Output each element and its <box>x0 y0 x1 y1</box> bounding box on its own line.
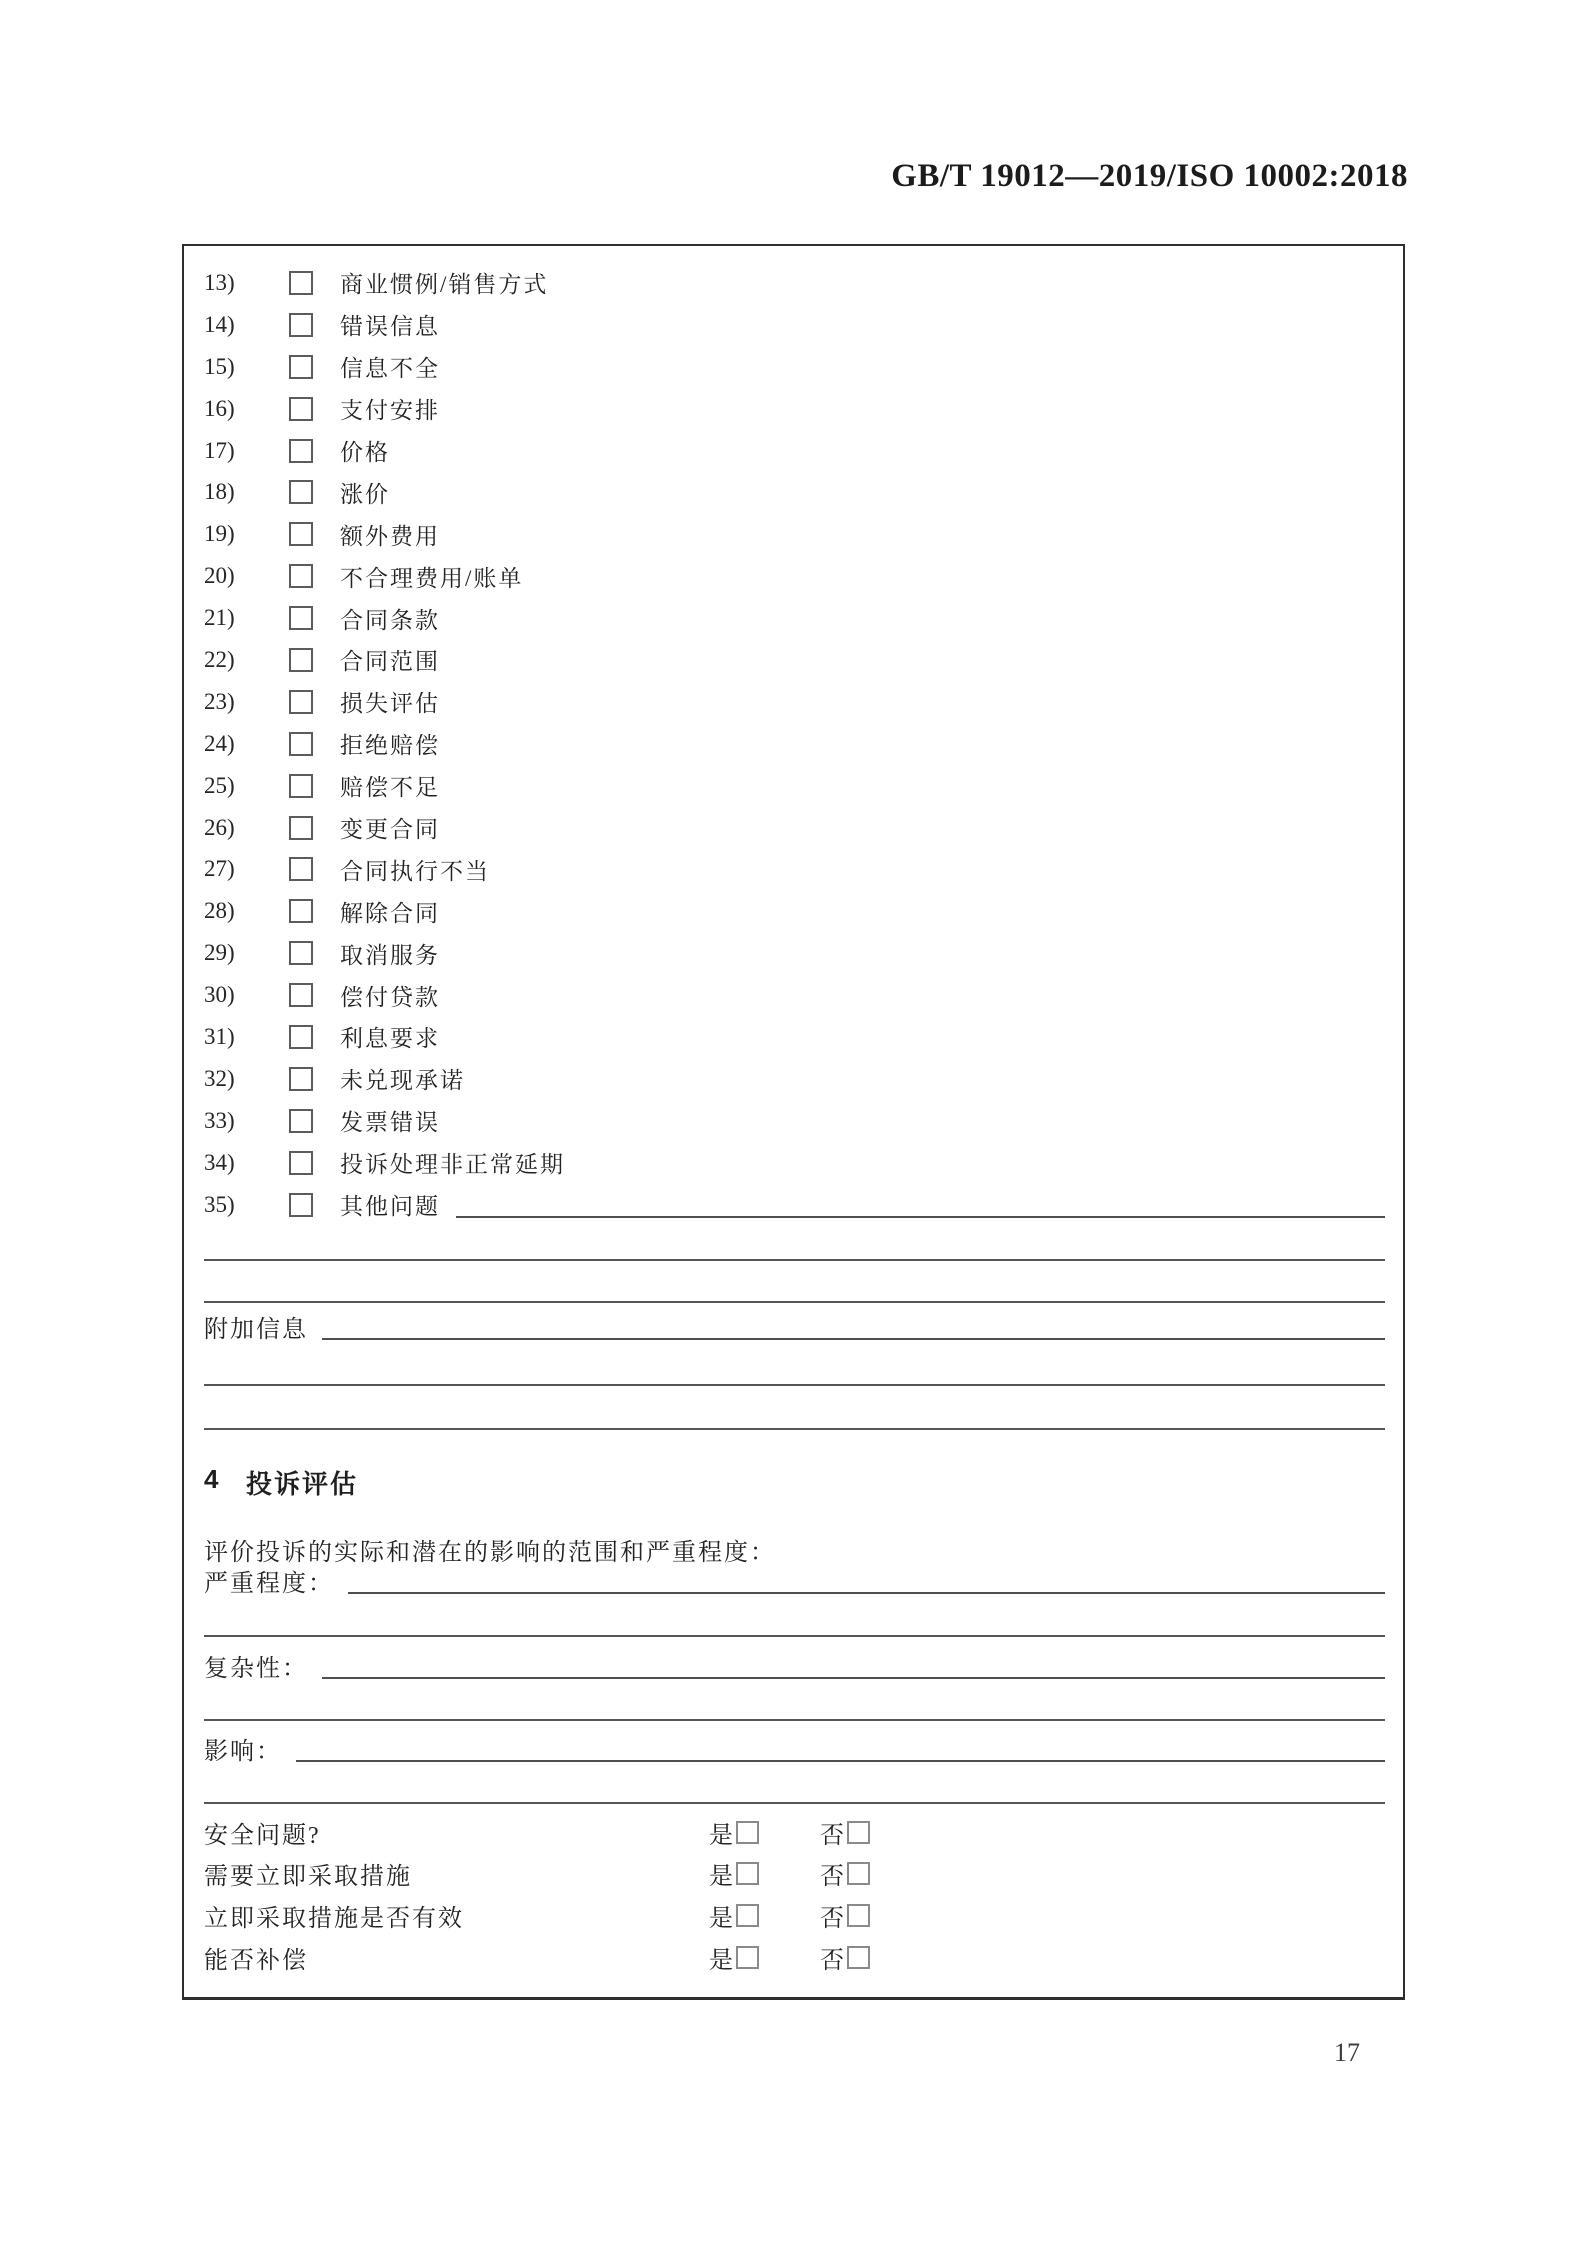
no-option: 否 <box>820 1898 870 1933</box>
blank-write-line[interactable] <box>204 1259 1385 1261</box>
blank-write-line[interactable] <box>204 1428 1385 1430</box>
no-label: 否 <box>820 1940 844 1975</box>
item-number: 21) <box>204 605 289 631</box>
item-number: 35) <box>204 1192 289 1218</box>
item-checkbox[interactable] <box>289 313 313 337</box>
section-title: 投诉评估 <box>246 1464 358 1501</box>
item-checkbox[interactable] <box>289 648 313 672</box>
item-checkbox[interactable] <box>289 983 313 1007</box>
item-label: 取消服务 <box>340 937 440 970</box>
item-number: 19) <box>204 521 289 547</box>
checklist-item: 31) 利息要求 <box>184 1016 1403 1058</box>
blank-write-line[interactable] <box>204 1301 1385 1303</box>
item-checkbox[interactable] <box>289 271 313 295</box>
yes-option: 是 <box>709 1940 759 1975</box>
complaint-form-box: 13) 商业惯例/销售方式 14) 错误信息 15) 信息不全 16) 支付安排… <box>182 244 1405 2000</box>
additional-info-write-line[interactable] <box>322 1338 1385 1340</box>
no-checkbox[interactable] <box>847 1904 870 1927</box>
item-label: 其他问题 <box>340 1188 440 1221</box>
item-label: 变更合同 <box>340 811 440 844</box>
other-issue-write-line[interactable] <box>456 1216 1385 1218</box>
checklist-item: 24) 拒绝赔偿 <box>184 723 1403 765</box>
item-label: 合同执行不当 <box>340 853 490 886</box>
item-checkbox[interactable] <box>289 857 313 881</box>
no-checkbox[interactable] <box>847 1862 870 1885</box>
page-number: 17 <box>1334 2038 1360 2068</box>
item-checkbox[interactable] <box>289 355 313 379</box>
item-number: 24) <box>204 731 289 757</box>
item-checkbox[interactable] <box>289 899 313 923</box>
checklist-item: 17) 价格 <box>184 430 1403 472</box>
yes-no-row: 立即采取措施是否有效 是 否 <box>204 1894 1385 1936</box>
checklist-item: 35) 其他问题 <box>184 1184 1403 1226</box>
item-number: 29) <box>204 940 289 966</box>
blank-write-line[interactable] <box>204 1802 1385 1804</box>
checklist-item: 15) 信息不全 <box>184 346 1403 388</box>
checklist-item: 26) 变更合同 <box>184 807 1403 849</box>
item-checkbox[interactable] <box>289 941 313 965</box>
item-label: 投诉处理非正常延期 <box>340 1146 565 1179</box>
item-number: 28) <box>204 898 289 924</box>
item-label: 损失评估 <box>340 685 440 718</box>
no-label: 否 <box>820 1898 844 1933</box>
impact-write-line[interactable] <box>296 1760 1385 1762</box>
item-number: 33) <box>204 1108 289 1134</box>
blank-write-line[interactable] <box>204 1719 1385 1721</box>
item-label: 解除合同 <box>340 895 440 928</box>
item-number: 22) <box>204 647 289 673</box>
yes-no-question-label: 立即采取措施是否有效 <box>204 1898 464 1933</box>
item-checkbox[interactable] <box>289 1151 313 1175</box>
item-number: 25) <box>204 773 289 799</box>
item-label: 商业惯例/销售方式 <box>340 266 548 299</box>
checklist-item: 27) 合同执行不当 <box>184 848 1403 890</box>
no-label: 否 <box>820 1815 844 1850</box>
item-checkbox[interactable] <box>289 816 313 840</box>
item-number: 14) <box>204 312 289 338</box>
item-number: 18) <box>204 479 289 505</box>
no-checkbox[interactable] <box>847 1821 870 1844</box>
item-checkbox[interactable] <box>289 606 313 630</box>
yes-option: 是 <box>709 1898 759 1933</box>
item-label: 支付安排 <box>340 392 440 425</box>
section-4-heading: 4 投诉评估 <box>204 1464 358 1501</box>
checklist-item: 30) 偿付贷款 <box>184 974 1403 1016</box>
complexity-field-row: 复杂性： <box>204 1645 1385 1685</box>
checklist-item: 14) 错误信息 <box>184 304 1403 346</box>
yes-no-row: 安全问题? 是 否 <box>204 1811 1385 1853</box>
yes-label: 是 <box>709 1940 733 1975</box>
item-number: 15) <box>204 354 289 380</box>
item-checkbox[interactable] <box>289 732 313 756</box>
item-checkbox[interactable] <box>289 564 313 588</box>
item-label: 赔偿不足 <box>340 769 440 802</box>
no-option: 否 <box>820 1815 870 1850</box>
item-number: 17) <box>204 438 289 464</box>
yes-option: 是 <box>709 1815 759 1850</box>
severity-field-row: 严重程度： <box>204 1560 1385 1600</box>
checklist-item: 34) 投诉处理非正常延期 <box>184 1142 1403 1184</box>
additional-info-row: 附加信息 <box>204 1306 1385 1346</box>
item-label: 不合理费用/账单 <box>340 560 523 593</box>
item-label: 偿付贷款 <box>340 979 440 1012</box>
item-label: 合同条款 <box>340 602 440 635</box>
yes-label: 是 <box>709 1898 733 1933</box>
checklist-item: 13) 商业惯例/销售方式 <box>184 262 1403 304</box>
impact-field-row: 影响： <box>204 1728 1385 1768</box>
severity-label: 严重程度： <box>204 1563 334 1598</box>
no-label: 否 <box>820 1856 844 1891</box>
complexity-write-line[interactable] <box>322 1677 1385 1679</box>
item-number: 23) <box>204 689 289 715</box>
item-number: 13) <box>204 270 289 296</box>
yes-option: 是 <box>709 1856 759 1891</box>
checklist-item: 19) 额外费用 <box>184 513 1403 555</box>
item-number: 16) <box>204 396 289 422</box>
checklist-item: 28) 解除合同 <box>184 890 1403 932</box>
item-label: 信息不全 <box>340 350 440 383</box>
checklist-item: 16) 支付安排 <box>184 388 1403 430</box>
no-option: 否 <box>820 1856 870 1891</box>
yes-label: 是 <box>709 1815 733 1850</box>
document-page: GB/T 19012—2019/ISO 10002:2018 13) 商业惯例/… <box>0 0 1587 2243</box>
checklist-item: 18) 涨价 <box>184 471 1403 513</box>
item-label: 发票错误 <box>340 1104 440 1137</box>
additional-info-label: 附加信息 <box>204 1309 308 1344</box>
checklist-item: 21) 合同条款 <box>184 597 1403 639</box>
checklist-item: 32) 未兑现承诺 <box>184 1058 1403 1100</box>
checklist-item: 33) 发票错误 <box>184 1100 1403 1142</box>
item-checkbox[interactable] <box>289 522 313 546</box>
item-label: 拒绝赔偿 <box>340 727 440 760</box>
item-checkbox[interactable] <box>289 439 313 463</box>
item-checkbox[interactable] <box>289 1067 313 1091</box>
yes-no-question-label: 需要立即采取措施 <box>204 1856 412 1891</box>
item-number: 20) <box>204 563 289 589</box>
checklist: 13) 商业惯例/销售方式 14) 错误信息 15) 信息不全 16) 支付安排… <box>184 262 1403 1225</box>
complexity-label: 复杂性： <box>204 1648 308 1683</box>
impact-label: 影响： <box>204 1731 282 1766</box>
yes-label: 是 <box>709 1856 733 1891</box>
yes-no-question-label: 能否补偿 <box>204 1940 308 1975</box>
blank-write-line[interactable] <box>204 1635 1385 1637</box>
yes-no-row: 能否补偿 是 否 <box>204 1936 1385 1978</box>
item-checkbox[interactable] <box>289 774 313 798</box>
item-label: 价格 <box>340 434 390 467</box>
yes-checkbox[interactable] <box>736 1946 759 1969</box>
item-number: 34) <box>204 1150 289 1176</box>
item-checkbox[interactable] <box>289 1193 313 1217</box>
checklist-item: 25) 赔偿不足 <box>184 765 1403 807</box>
item-label: 未兑现承诺 <box>340 1062 465 1095</box>
yes-checkbox[interactable] <box>736 1821 759 1844</box>
severity-write-line[interactable] <box>348 1592 1385 1594</box>
item-label: 合同范围 <box>340 643 440 676</box>
item-number: 32) <box>204 1066 289 1092</box>
item-checkbox[interactable] <box>289 1025 313 1049</box>
item-label: 利息要求 <box>340 1020 440 1053</box>
item-checkbox[interactable] <box>289 1109 313 1133</box>
item-label: 额外费用 <box>340 518 440 551</box>
no-option: 否 <box>820 1940 870 1975</box>
no-checkbox[interactable] <box>847 1946 870 1969</box>
item-label: 错误信息 <box>340 308 440 341</box>
item-label: 涨价 <box>340 476 390 509</box>
yes-no-row: 需要立即采取措施 是 否 <box>204 1853 1385 1895</box>
yes-checkbox[interactable] <box>736 1904 759 1927</box>
item-number: 31) <box>204 1024 289 1050</box>
yes-no-question-label: 安全问题? <box>204 1815 321 1850</box>
yes-checkbox[interactable] <box>736 1862 759 1885</box>
item-checkbox[interactable] <box>289 397 313 421</box>
checklist-item: 20) 不合理费用/账单 <box>184 555 1403 597</box>
item-number: 30) <box>204 982 289 1008</box>
standard-reference-header: GB/T 19012—2019/ISO 10002:2018 <box>891 158 1408 195</box>
item-checkbox[interactable] <box>289 480 313 504</box>
checklist-item: 29) 取消服务 <box>184 932 1403 974</box>
item-number: 26) <box>204 815 289 841</box>
item-checkbox[interactable] <box>289 690 313 714</box>
item-number: 27) <box>204 856 289 882</box>
checklist-item: 23) 损失评估 <box>184 681 1403 723</box>
checklist-item: 22) 合同范围 <box>184 639 1403 681</box>
section-number: 4 <box>204 1464 246 1501</box>
blank-write-line[interactable] <box>204 1384 1385 1386</box>
